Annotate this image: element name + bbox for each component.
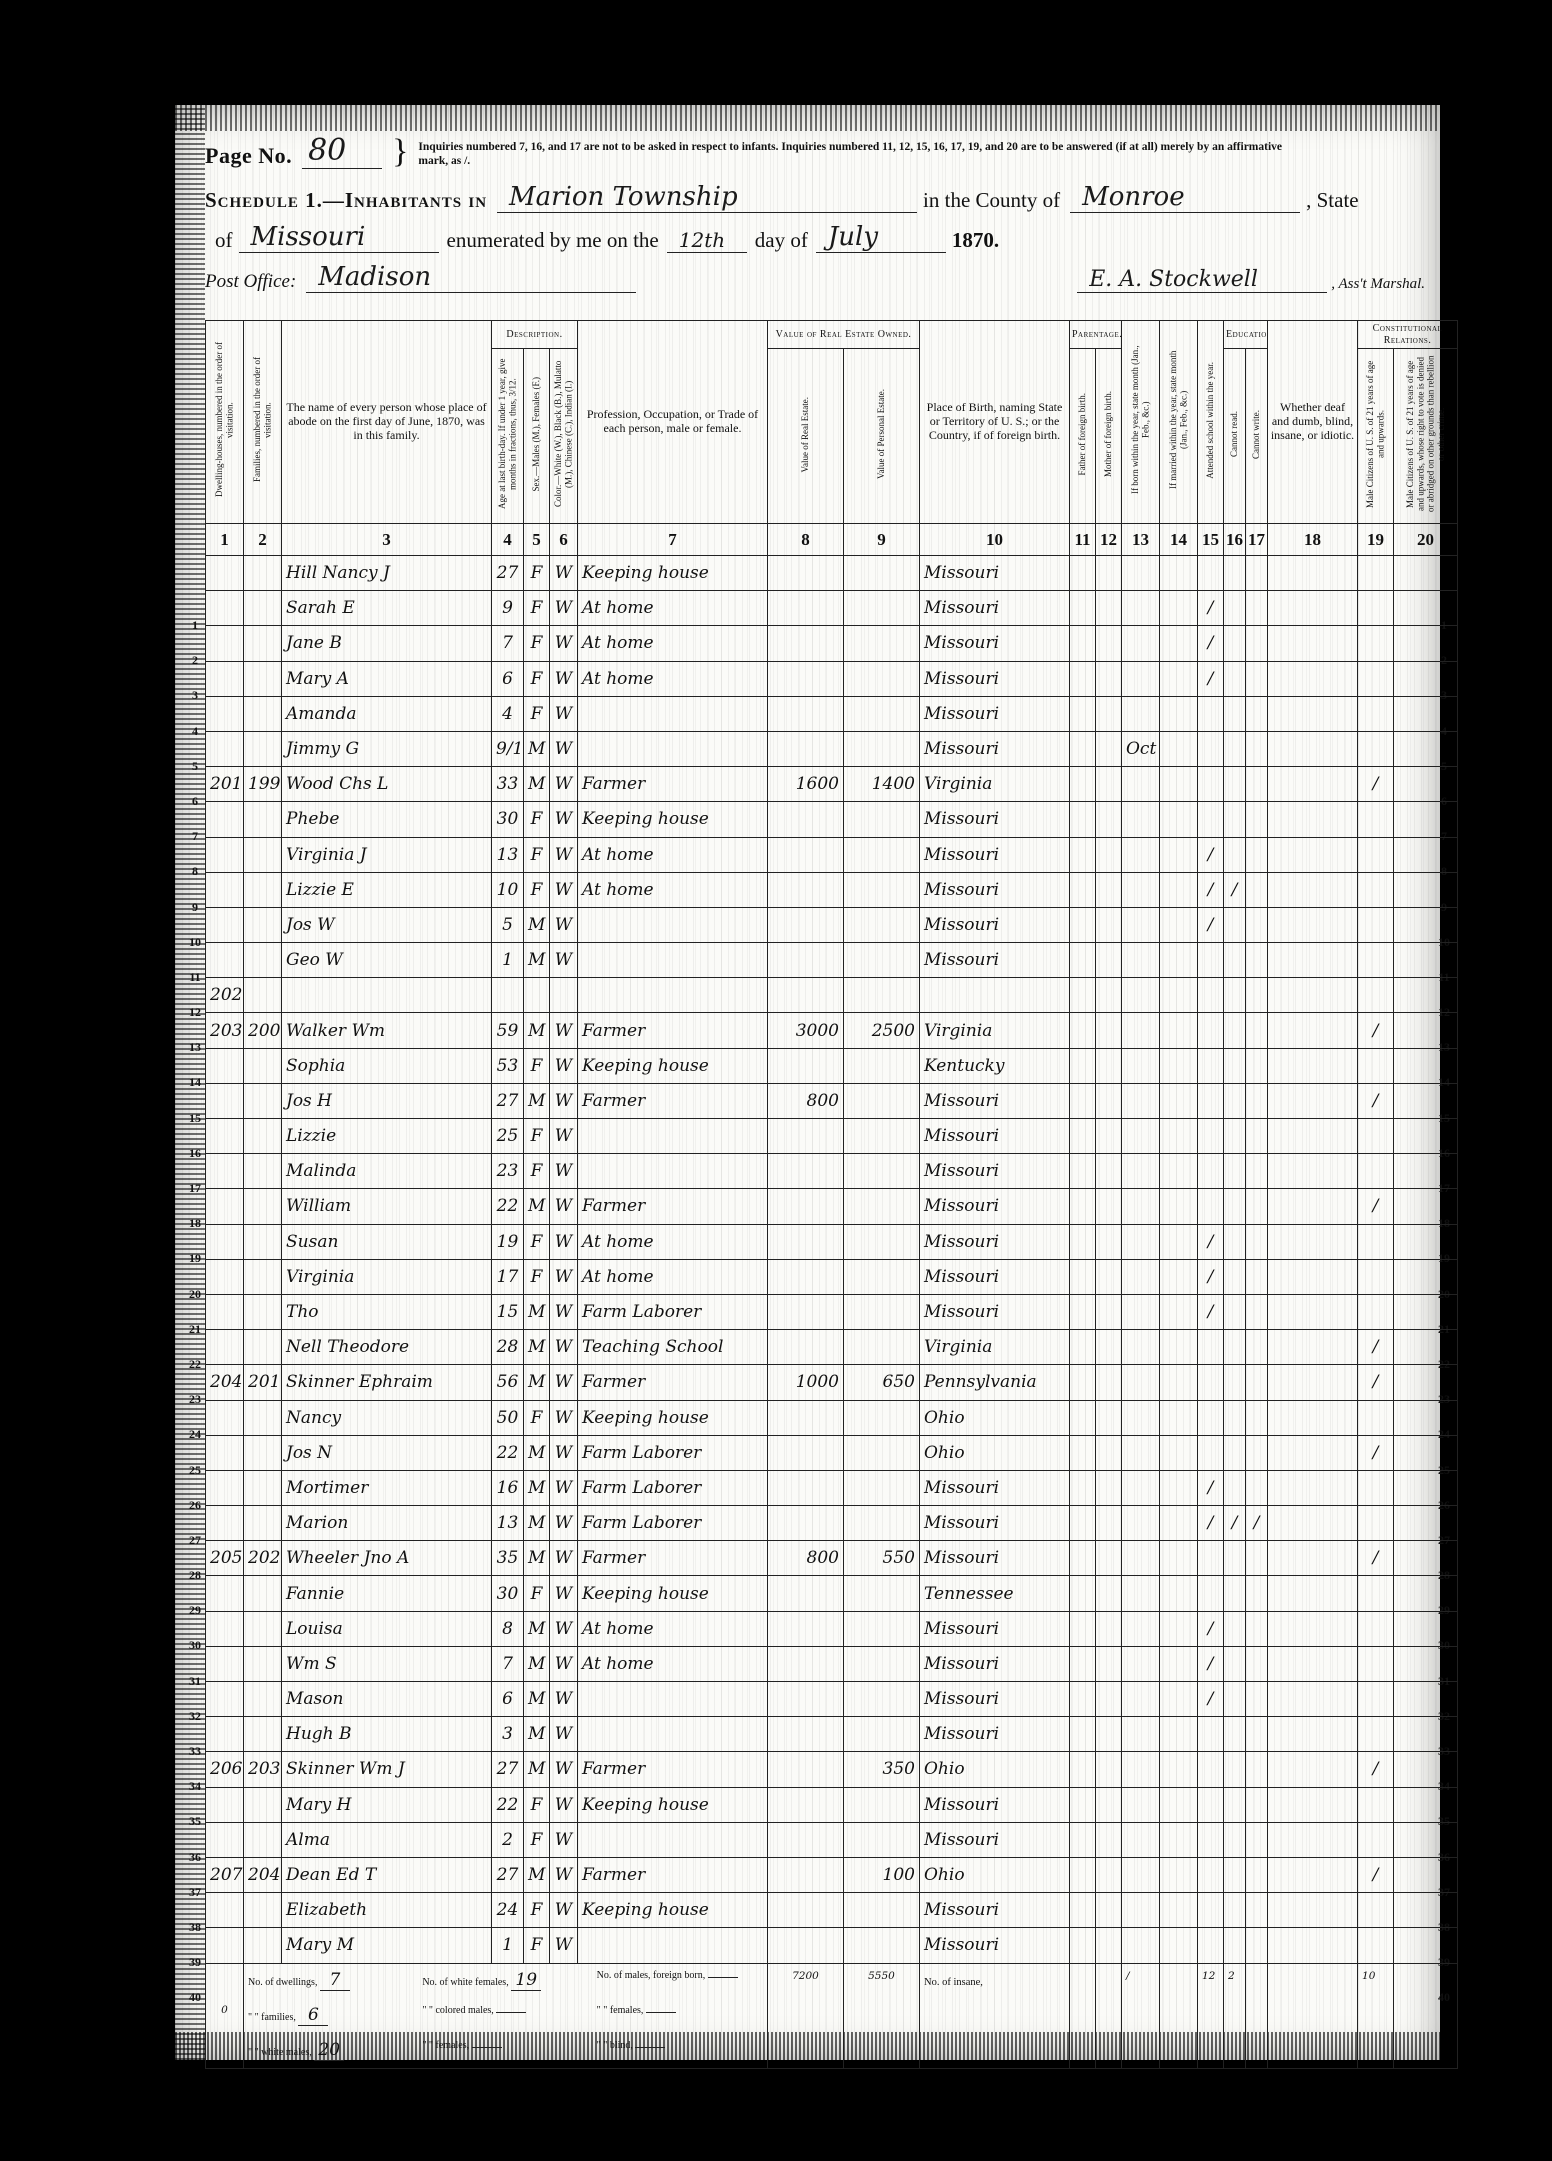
cannot-write <box>1246 1365 1268 1400</box>
census-row: Mortimer16MWFarm LaborerMissouri/ <box>206 1470 1458 1505</box>
census-row: Mason6MWMissouri/ <box>206 1682 1458 1717</box>
row-number: 26 <box>187 1488 203 1523</box>
disability <box>1268 1822 1358 1857</box>
person-name: Mary H <box>282 1787 492 1822</box>
row-number: 13 <box>187 1030 203 1065</box>
occupation: Farm Laborer <box>578 1435 768 1470</box>
vote-denied <box>1394 1294 1458 1329</box>
col-disability-header: Whether deaf and dumb, blind, insane, or… <box>1268 321 1358 524</box>
total-school: 12 <box>1198 1963 1224 2068</box>
disability <box>1268 1435 1358 1470</box>
personal-estate-value <box>844 1435 920 1470</box>
birthplace: Missouri <box>920 837 1070 872</box>
vote-denied <box>1394 1752 1458 1787</box>
census-row: Marion13MWFarm LaborerMissouri/// <box>206 1506 1458 1541</box>
disability <box>1268 943 1358 978</box>
father-foreign <box>1070 978 1096 1013</box>
father-foreign <box>1070 1013 1096 1048</box>
birthplace: Missouri <box>920 1928 1070 1963</box>
cannot-write <box>1246 872 1268 907</box>
father-foreign <box>1070 1541 1096 1576</box>
mother-foreign <box>1096 1224 1122 1259</box>
real-estate-value <box>768 1400 844 1435</box>
vote-denied <box>1394 1083 1458 1118</box>
male-citizen: / <box>1358 1189 1394 1224</box>
family-number: 200 <box>244 1013 282 1048</box>
father-foreign <box>1070 872 1096 907</box>
family-number <box>244 1259 282 1294</box>
married-month <box>1160 907 1198 942</box>
male-citizen <box>1358 1611 1394 1646</box>
father-foreign <box>1070 1506 1096 1541</box>
disability <box>1268 1119 1358 1154</box>
brace: } <box>392 135 408 169</box>
disability <box>1268 1154 1358 1189</box>
census-row: Jane B7FWAt homeMissouri/ <box>206 626 1458 661</box>
cannot-write <box>1246 943 1268 978</box>
male-citizen: / <box>1358 1857 1394 1892</box>
row-number: 22 <box>187 1347 203 1382</box>
person-name: Nell Theodore <box>282 1330 492 1365</box>
row-number: 8 <box>187 854 203 889</box>
row-number: 35 <box>187 1804 203 1839</box>
family-number <box>244 626 282 661</box>
color: W <box>550 767 578 802</box>
color: W <box>550 1365 578 1400</box>
color: W <box>550 1893 578 1928</box>
attended-school <box>1198 1822 1224 1857</box>
father-foreign <box>1070 661 1096 696</box>
male-citizen <box>1358 1048 1394 1083</box>
row-number: 21 <box>187 1312 203 1347</box>
sex: F <box>524 1119 550 1154</box>
cannot-read <box>1224 1470 1246 1505</box>
occupation: Keeping house <box>578 802 768 837</box>
attended-school: / <box>1198 872 1224 907</box>
attended-school <box>1198 802 1224 837</box>
color: W <box>550 1822 578 1857</box>
personal-estate-value <box>844 626 920 661</box>
disability <box>1268 1400 1358 1435</box>
census-row: Geo W1MWMissouri <box>206 943 1458 978</box>
disability <box>1268 1189 1358 1224</box>
personal-estate-value <box>844 1083 920 1118</box>
row-number: 9 <box>187 890 203 925</box>
occupation <box>578 696 768 731</box>
census-row: Alma2FWMissouri <box>206 1822 1458 1857</box>
married-month <box>1160 1154 1198 1189</box>
dwelling-number <box>206 802 244 837</box>
cannot-write <box>1246 1787 1268 1822</box>
male-citizen <box>1358 1576 1394 1611</box>
person-name: Alma <box>282 1822 492 1857</box>
color: W <box>550 1189 578 1224</box>
census-row: Virginia17FWAt homeMissouri/ <box>206 1259 1458 1294</box>
dwelling-number: 203 <box>206 1013 244 1048</box>
person-name: Hill Nancy J <box>282 556 492 591</box>
male-citizen <box>1358 626 1394 661</box>
real-estate-value <box>768 1611 844 1646</box>
sex: F <box>524 1259 550 1294</box>
personal-estate-value <box>844 1048 920 1083</box>
married-month <box>1160 661 1198 696</box>
occupation: At home <box>578 1646 768 1681</box>
real-estate-value <box>768 1154 844 1189</box>
birthplace: Missouri <box>920 1822 1070 1857</box>
sex: M <box>524 1083 550 1118</box>
dwelling-number <box>206 1470 244 1505</box>
dwelling-number <box>206 1435 244 1470</box>
disability <box>1268 1048 1358 1083</box>
birthplace: Missouri <box>920 1611 1070 1646</box>
birthplace: Missouri <box>920 1294 1070 1329</box>
attended-school <box>1198 1717 1224 1752</box>
census-row: Malinda23FWMissouri <box>206 1154 1458 1189</box>
attended-school <box>1198 1189 1224 1224</box>
attended-school <box>1198 978 1224 1013</box>
male-citizen <box>1358 1154 1394 1189</box>
birthplace: Pennsylvania <box>920 1365 1070 1400</box>
personal-estate-value <box>844 1119 920 1154</box>
male-citizen <box>1358 907 1394 942</box>
birthplace: Ohio <box>920 1752 1070 1787</box>
row-number: 11 <box>187 960 203 995</box>
attended-school: / <box>1198 1506 1224 1541</box>
dwelling-number <box>206 1330 244 1365</box>
cannot-read <box>1224 1294 1246 1329</box>
occupation: Farmer <box>578 1541 768 1576</box>
census-row: Fannie30FWKeeping houseTennessee <box>206 1576 1458 1611</box>
married-month <box>1160 1611 1198 1646</box>
real-estate-value <box>768 1470 844 1505</box>
attended-school <box>1198 1787 1224 1822</box>
attended-school <box>1198 1083 1224 1118</box>
married-month <box>1160 837 1198 872</box>
attended-school <box>1198 1576 1224 1611</box>
occupation <box>578 1822 768 1857</box>
born-month <box>1122 1857 1160 1892</box>
real-estate-value <box>768 1752 844 1787</box>
census-row: Lizzie E10FWAt homeMissouri// <box>206 872 1458 907</box>
year: 1870. <box>952 228 999 253</box>
row-number: 18 <box>187 1206 203 1241</box>
birthplace: Missouri <box>920 802 1070 837</box>
male-citizen <box>1358 661 1394 696</box>
born-month <box>1122 1013 1160 1048</box>
age: 8 <box>492 1611 524 1646</box>
vote-denied <box>1394 1259 1458 1294</box>
age: 13 <box>492 1506 524 1541</box>
cannot-read <box>1224 767 1246 802</box>
sex: F <box>524 802 550 837</box>
cannot-read <box>1224 1541 1246 1576</box>
age: 22 <box>492 1435 524 1470</box>
census-sheet: Page No. 80 } Inquiries numbered 7, 16, … <box>175 105 1440 2060</box>
row-number: 20 <box>187 1277 203 1312</box>
marshal-label: , Ass't Marshal. <box>1331 276 1425 293</box>
person-name: Marion <box>282 1506 492 1541</box>
born-month <box>1122 1083 1160 1118</box>
dwelling-number <box>206 907 244 942</box>
row-number: 39 <box>187 1945 203 1980</box>
father-foreign <box>1070 1646 1096 1681</box>
person-name: Hugh B <box>282 1717 492 1752</box>
born-month <box>1122 943 1160 978</box>
person-name: Susan <box>282 1224 492 1259</box>
attended-school: / <box>1198 1224 1224 1259</box>
attended-school: / <box>1198 1646 1224 1681</box>
occupation <box>578 731 768 766</box>
cannot-write <box>1246 1435 1268 1470</box>
color: W <box>550 1083 578 1118</box>
married-month <box>1160 1435 1198 1470</box>
birthplace: Missouri <box>920 907 1070 942</box>
father-foreign <box>1070 1822 1096 1857</box>
person-name: Sarah E <box>282 591 492 626</box>
color: W <box>550 731 578 766</box>
age: 3 <box>492 1717 524 1752</box>
personal-estate-value <box>844 1928 920 1963</box>
col-occupation-header: Profession, Occupation, or Trade of each… <box>578 321 768 524</box>
mother-foreign <box>1096 591 1122 626</box>
age: 22 <box>492 1189 524 1224</box>
born-month <box>1122 1365 1160 1400</box>
mother-foreign <box>1096 1717 1122 1752</box>
father-foreign <box>1070 1857 1096 1892</box>
cannot-write <box>1246 1470 1268 1505</box>
born-month <box>1122 1330 1160 1365</box>
vote-denied <box>1394 767 1458 802</box>
dwelling-number <box>206 1717 244 1752</box>
vote-denied <box>1394 1787 1458 1822</box>
person-name: Wood Chs L <box>282 767 492 802</box>
real-estate-value: 1000 <box>768 1365 844 1400</box>
color: W <box>550 1611 578 1646</box>
born-month <box>1122 556 1160 591</box>
born-month <box>1122 1048 1160 1083</box>
cannot-write <box>1246 802 1268 837</box>
dwelling-number <box>206 661 244 696</box>
attended-school <box>1198 1435 1224 1470</box>
row-number: 36 <box>187 1840 203 1875</box>
married-month <box>1160 943 1198 978</box>
family-number <box>244 907 282 942</box>
mother-foreign <box>1096 802 1122 837</box>
census-row: Lizzie25FWMissouri <box>206 1119 1458 1154</box>
occupation: At home <box>578 1259 768 1294</box>
birthplace: Missouri <box>920 626 1070 661</box>
mother-foreign <box>1096 731 1122 766</box>
cannot-read <box>1224 1083 1246 1118</box>
father-foreign <box>1070 1154 1096 1189</box>
married-month <box>1160 1928 1198 1963</box>
person-name: Fannie <box>282 1576 492 1611</box>
family-number <box>244 1646 282 1681</box>
census-row: 205202Wheeler Jno A35MWFarmer800550Misso… <box>206 1541 1458 1576</box>
birthplace: Virginia <box>920 1013 1070 1048</box>
father-foreign <box>1070 1048 1096 1083</box>
cannot-read <box>1224 802 1246 837</box>
personal-estate-value <box>844 1506 920 1541</box>
married-month <box>1160 1682 1198 1717</box>
father-foreign <box>1070 1400 1096 1435</box>
sex: M <box>524 1611 550 1646</box>
sex: F <box>524 626 550 661</box>
age: 30 <box>492 1576 524 1611</box>
sex: M <box>524 1541 550 1576</box>
birthplace: Missouri <box>920 943 1070 978</box>
occupation: At home <box>578 1611 768 1646</box>
mother-foreign <box>1096 943 1122 978</box>
real-estate-value <box>768 1294 844 1329</box>
col-vote-denied-header: Male Citizens of U. S. of 21 years of ag… <box>1394 349 1458 524</box>
disability <box>1268 1083 1358 1118</box>
vote-denied <box>1394 837 1458 872</box>
real-estate-value <box>768 556 844 591</box>
male-citizen <box>1358 872 1394 907</box>
birthplace: Ohio <box>920 1400 1070 1435</box>
census-row: Wm S7MWAt homeMissouri/ <box>206 1646 1458 1681</box>
born-month <box>1122 872 1160 907</box>
real-estate-value <box>768 943 844 978</box>
total-white-males: 20 <box>314 2040 344 2061</box>
cannot-read <box>1224 1857 1246 1892</box>
age: 9 <box>492 591 524 626</box>
dwelling-number <box>206 1154 244 1189</box>
col-cannot-read-header: Cannot read. <box>1224 349 1246 524</box>
person-name: Nancy <box>282 1400 492 1435</box>
totals-population: No. of dwellings, 7 No. of white females… <box>244 1963 768 2068</box>
born-month <box>1122 1189 1160 1224</box>
disability <box>1268 1857 1358 1892</box>
total-personal-estate: 5550 <box>844 1963 920 2068</box>
family-number: 203 <box>244 1752 282 1787</box>
age: 17 <box>492 1259 524 1294</box>
attended-school <box>1198 1928 1224 1963</box>
person-name: Virginia <box>282 1259 492 1294</box>
cannot-read <box>1224 626 1246 661</box>
row-number: 7 <box>187 819 203 854</box>
schedule-label: Schedule 1.—Inhabitants in <box>205 188 487 213</box>
family-number <box>244 1576 282 1611</box>
married-month <box>1160 767 1198 802</box>
dwelling-number <box>206 556 244 591</box>
born-month <box>1122 1470 1160 1505</box>
sex: F <box>524 1400 550 1435</box>
birthplace: Kentucky <box>920 1048 1070 1083</box>
census-row: William22MWFarmerMissouri/ <box>206 1189 1458 1224</box>
male-citizen <box>1358 1470 1394 1505</box>
vote-denied <box>1394 907 1458 942</box>
age: 7 <box>492 1646 524 1681</box>
family-number: 202 <box>244 1541 282 1576</box>
age: 27 <box>492 1083 524 1118</box>
row-number: 24 <box>187 1417 203 1452</box>
cannot-write <box>1246 1646 1268 1681</box>
birthplace: Tennessee <box>920 1576 1070 1611</box>
occupation: Keeping house <box>578 556 768 591</box>
cannot-write <box>1246 1294 1268 1329</box>
census-row: Hugh B3MWMissouri <box>206 1717 1458 1752</box>
vote-denied <box>1394 1400 1458 1435</box>
sex: M <box>524 1435 550 1470</box>
married-month <box>1160 1541 1198 1576</box>
disability <box>1268 1717 1358 1752</box>
census-row: Hill Nancy J27FWKeeping houseMissouri <box>206 556 1458 591</box>
row-number: 32 <box>187 1699 203 1734</box>
col-color-header: Color.—White (W.), Black (B.), Mulatto (… <box>550 349 578 524</box>
sex: M <box>524 1857 550 1892</box>
father-foreign <box>1070 1928 1096 1963</box>
married-month <box>1160 1224 1198 1259</box>
mother-foreign <box>1096 1119 1122 1154</box>
person-name: Sophia <box>282 1048 492 1083</box>
disability <box>1268 1928 1358 1963</box>
occupation: At home <box>578 626 768 661</box>
col-school-header: Attended school within the year. <box>1198 321 1224 524</box>
census-row: Mary H22FWKeeping houseMissouri <box>206 1787 1458 1822</box>
born-month <box>1122 1400 1160 1435</box>
family-number <box>244 1189 282 1224</box>
mother-foreign <box>1096 1611 1122 1646</box>
father-foreign <box>1070 1470 1096 1505</box>
birthplace: Ohio <box>920 1857 1070 1892</box>
married-month <box>1160 1189 1198 1224</box>
family-number <box>244 1400 282 1435</box>
dwelling-number <box>206 731 244 766</box>
person-name: Skinner Ephraim <box>282 1365 492 1400</box>
disability <box>1268 837 1358 872</box>
married-month <box>1160 731 1198 766</box>
attended-school: / <box>1198 1259 1224 1294</box>
mother-foreign <box>1096 1822 1122 1857</box>
male-citizen <box>1358 802 1394 837</box>
sex: F <box>524 1893 550 1928</box>
family-number <box>244 1611 282 1646</box>
personal-estate-value <box>844 1611 920 1646</box>
dwelling-number <box>206 1189 244 1224</box>
cannot-read <box>1224 1259 1246 1294</box>
row-number: 29 <box>187 1593 203 1628</box>
vote-denied <box>1394 661 1458 696</box>
real-estate-value <box>768 731 844 766</box>
cannot-write <box>1246 1682 1268 1717</box>
real-estate-value <box>768 802 844 837</box>
cannot-write <box>1246 1752 1268 1787</box>
occupation: At home <box>578 837 768 872</box>
disability <box>1268 1646 1358 1681</box>
mother-foreign <box>1096 978 1122 1013</box>
real-estate-value <box>768 1893 844 1928</box>
inquiries-note: Inquiries numbered 7, 16, and 17 are not… <box>418 141 1288 169</box>
born-month <box>1122 696 1160 731</box>
cannot-write <box>1246 1083 1268 1118</box>
sex: M <box>524 943 550 978</box>
disability <box>1268 1787 1358 1822</box>
color: W <box>550 661 578 696</box>
color: W <box>550 556 578 591</box>
male-citizen: / <box>1358 1365 1394 1400</box>
dwelling-number: 201 <box>206 767 244 802</box>
real-estate-value <box>768 1787 844 1822</box>
cannot-write <box>1246 978 1268 1013</box>
cannot-write <box>1246 1154 1268 1189</box>
cannot-write <box>1246 556 1268 591</box>
occupation: Farmer <box>578 767 768 802</box>
vote-denied <box>1394 1893 1458 1928</box>
sex: F <box>524 872 550 907</box>
birthplace: Missouri <box>920 1682 1070 1717</box>
